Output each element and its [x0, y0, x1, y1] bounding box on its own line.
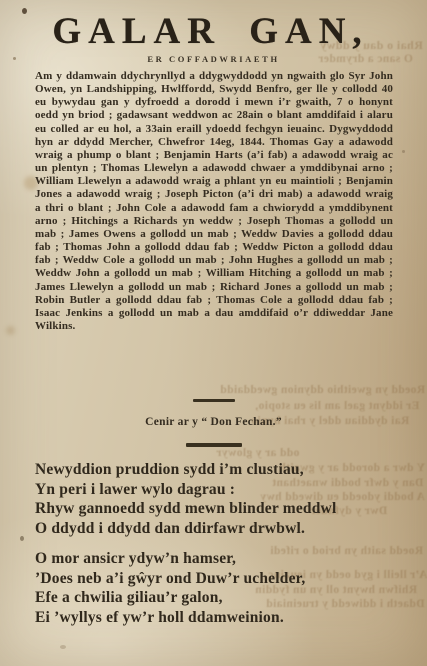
- printed-content: GALAR GAN, ER COFFADWRIAETH Am y ddamwai…: [0, 0, 427, 666]
- page-title: GALAR GAN,: [0, 10, 421, 53]
- verse-line: ’Does neb a’i gŵyr ond Duw’r uchelder,: [35, 569, 415, 589]
- verse-line: Rhyw gannoedd sydd mewn blinder meddwl: [35, 499, 415, 519]
- paper-speck: [402, 150, 405, 153]
- verse-line: Efe a chwilia giliau’r galon,: [35, 588, 415, 608]
- page-subtitle: ER COFFADWRIAETH: [0, 54, 427, 64]
- scanned-page: Rhai o dau y ddwy O sanc a drymder Roedd…: [0, 0, 427, 666]
- verse-line: Yn peri i lawer wylo dagrau :: [35, 480, 415, 500]
- intro-paragraph: Am y ddamwain ddychrynllyd a ddygwyddodd…: [35, 70, 393, 333]
- verse-line: Ei ’wyllys ef yw’r holl ddamweinion.: [35, 608, 415, 628]
- tune-caption: Cenir ar y “ Don Fechan.”: [0, 416, 427, 428]
- divider-rule-top: [193, 399, 235, 402]
- poem-verse-2: O mor ansicr ydyw’n hamser, ’Does neb a’…: [35, 549, 415, 627]
- paper-speck: [60, 645, 66, 649]
- poem-verse-1: Newyddion pruddion sydd i’m clustiau, Yn…: [35, 460, 415, 538]
- paper-speck: [22, 8, 27, 14]
- divider-rule-bottom: [186, 443, 242, 447]
- paper-speck: [13, 57, 16, 60]
- paper-speck: [20, 536, 24, 541]
- verse-line: Newyddion pruddion sydd i’m clustiau,: [35, 460, 415, 480]
- verse-line: O mor ansicr ydyw’n hamser,: [35, 549, 415, 569]
- verse-line: O ddydd i ddydd dan ddirfawr drwbwl.: [35, 519, 415, 539]
